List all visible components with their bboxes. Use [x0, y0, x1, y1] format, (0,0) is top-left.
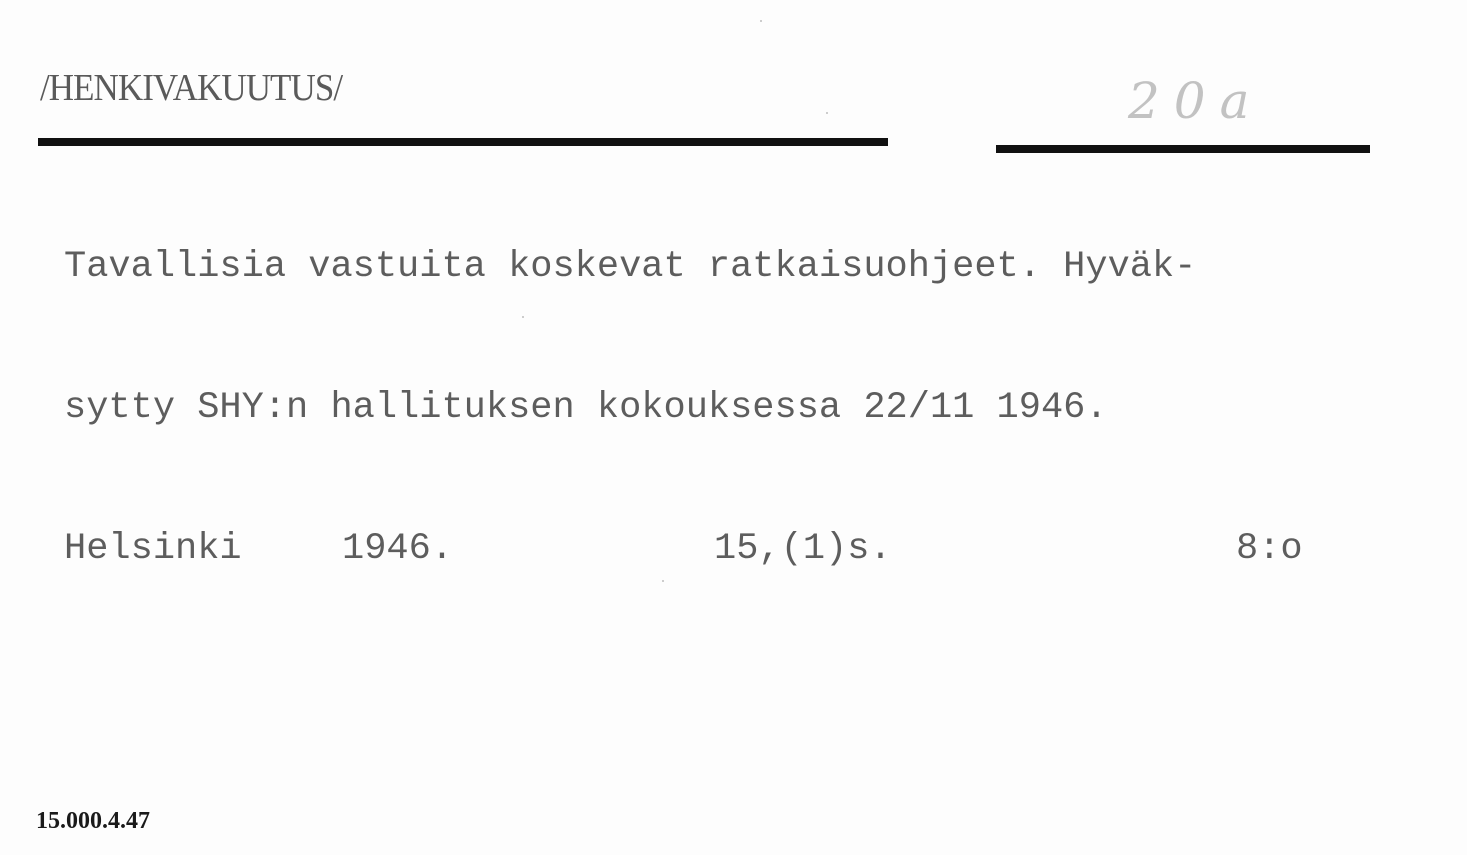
shelf-mark: 20a: [1128, 72, 1263, 130]
imprint-format: 8:o: [1236, 526, 1303, 573]
paper-speck: [826, 112, 828, 114]
imprint-year: 1946.: [342, 526, 453, 573]
subject-heading: /HENKIVAKUUTUS/: [40, 66, 342, 110]
description-line: Tavallisia vastuita koskevat ratkaisuohj…: [64, 244, 1196, 291]
bibliographic-description: Tavallisia vastuita koskevat ratkaisuohj…: [64, 150, 1196, 667]
imprint-line: Helsinki 1946. 15,(1)s. 8:o: [64, 526, 1196, 573]
paper-speck: [760, 20, 762, 22]
catalog-card: /HENKIVAKUUTUS/ 20a Tavallisia vastuita …: [0, 0, 1467, 855]
paper-speck: [522, 316, 524, 318]
imprint-place: Helsinki: [64, 526, 242, 573]
description-line: sytty SHY:n hallituksen kokouksessa 22/1…: [64, 385, 1196, 432]
paper-speck: [662, 580, 664, 582]
imprint-pages: 15,(1)s.: [714, 526, 892, 573]
heading-rule-left: [38, 138, 888, 146]
print-run-code: 15.000.4.47: [36, 808, 150, 835]
